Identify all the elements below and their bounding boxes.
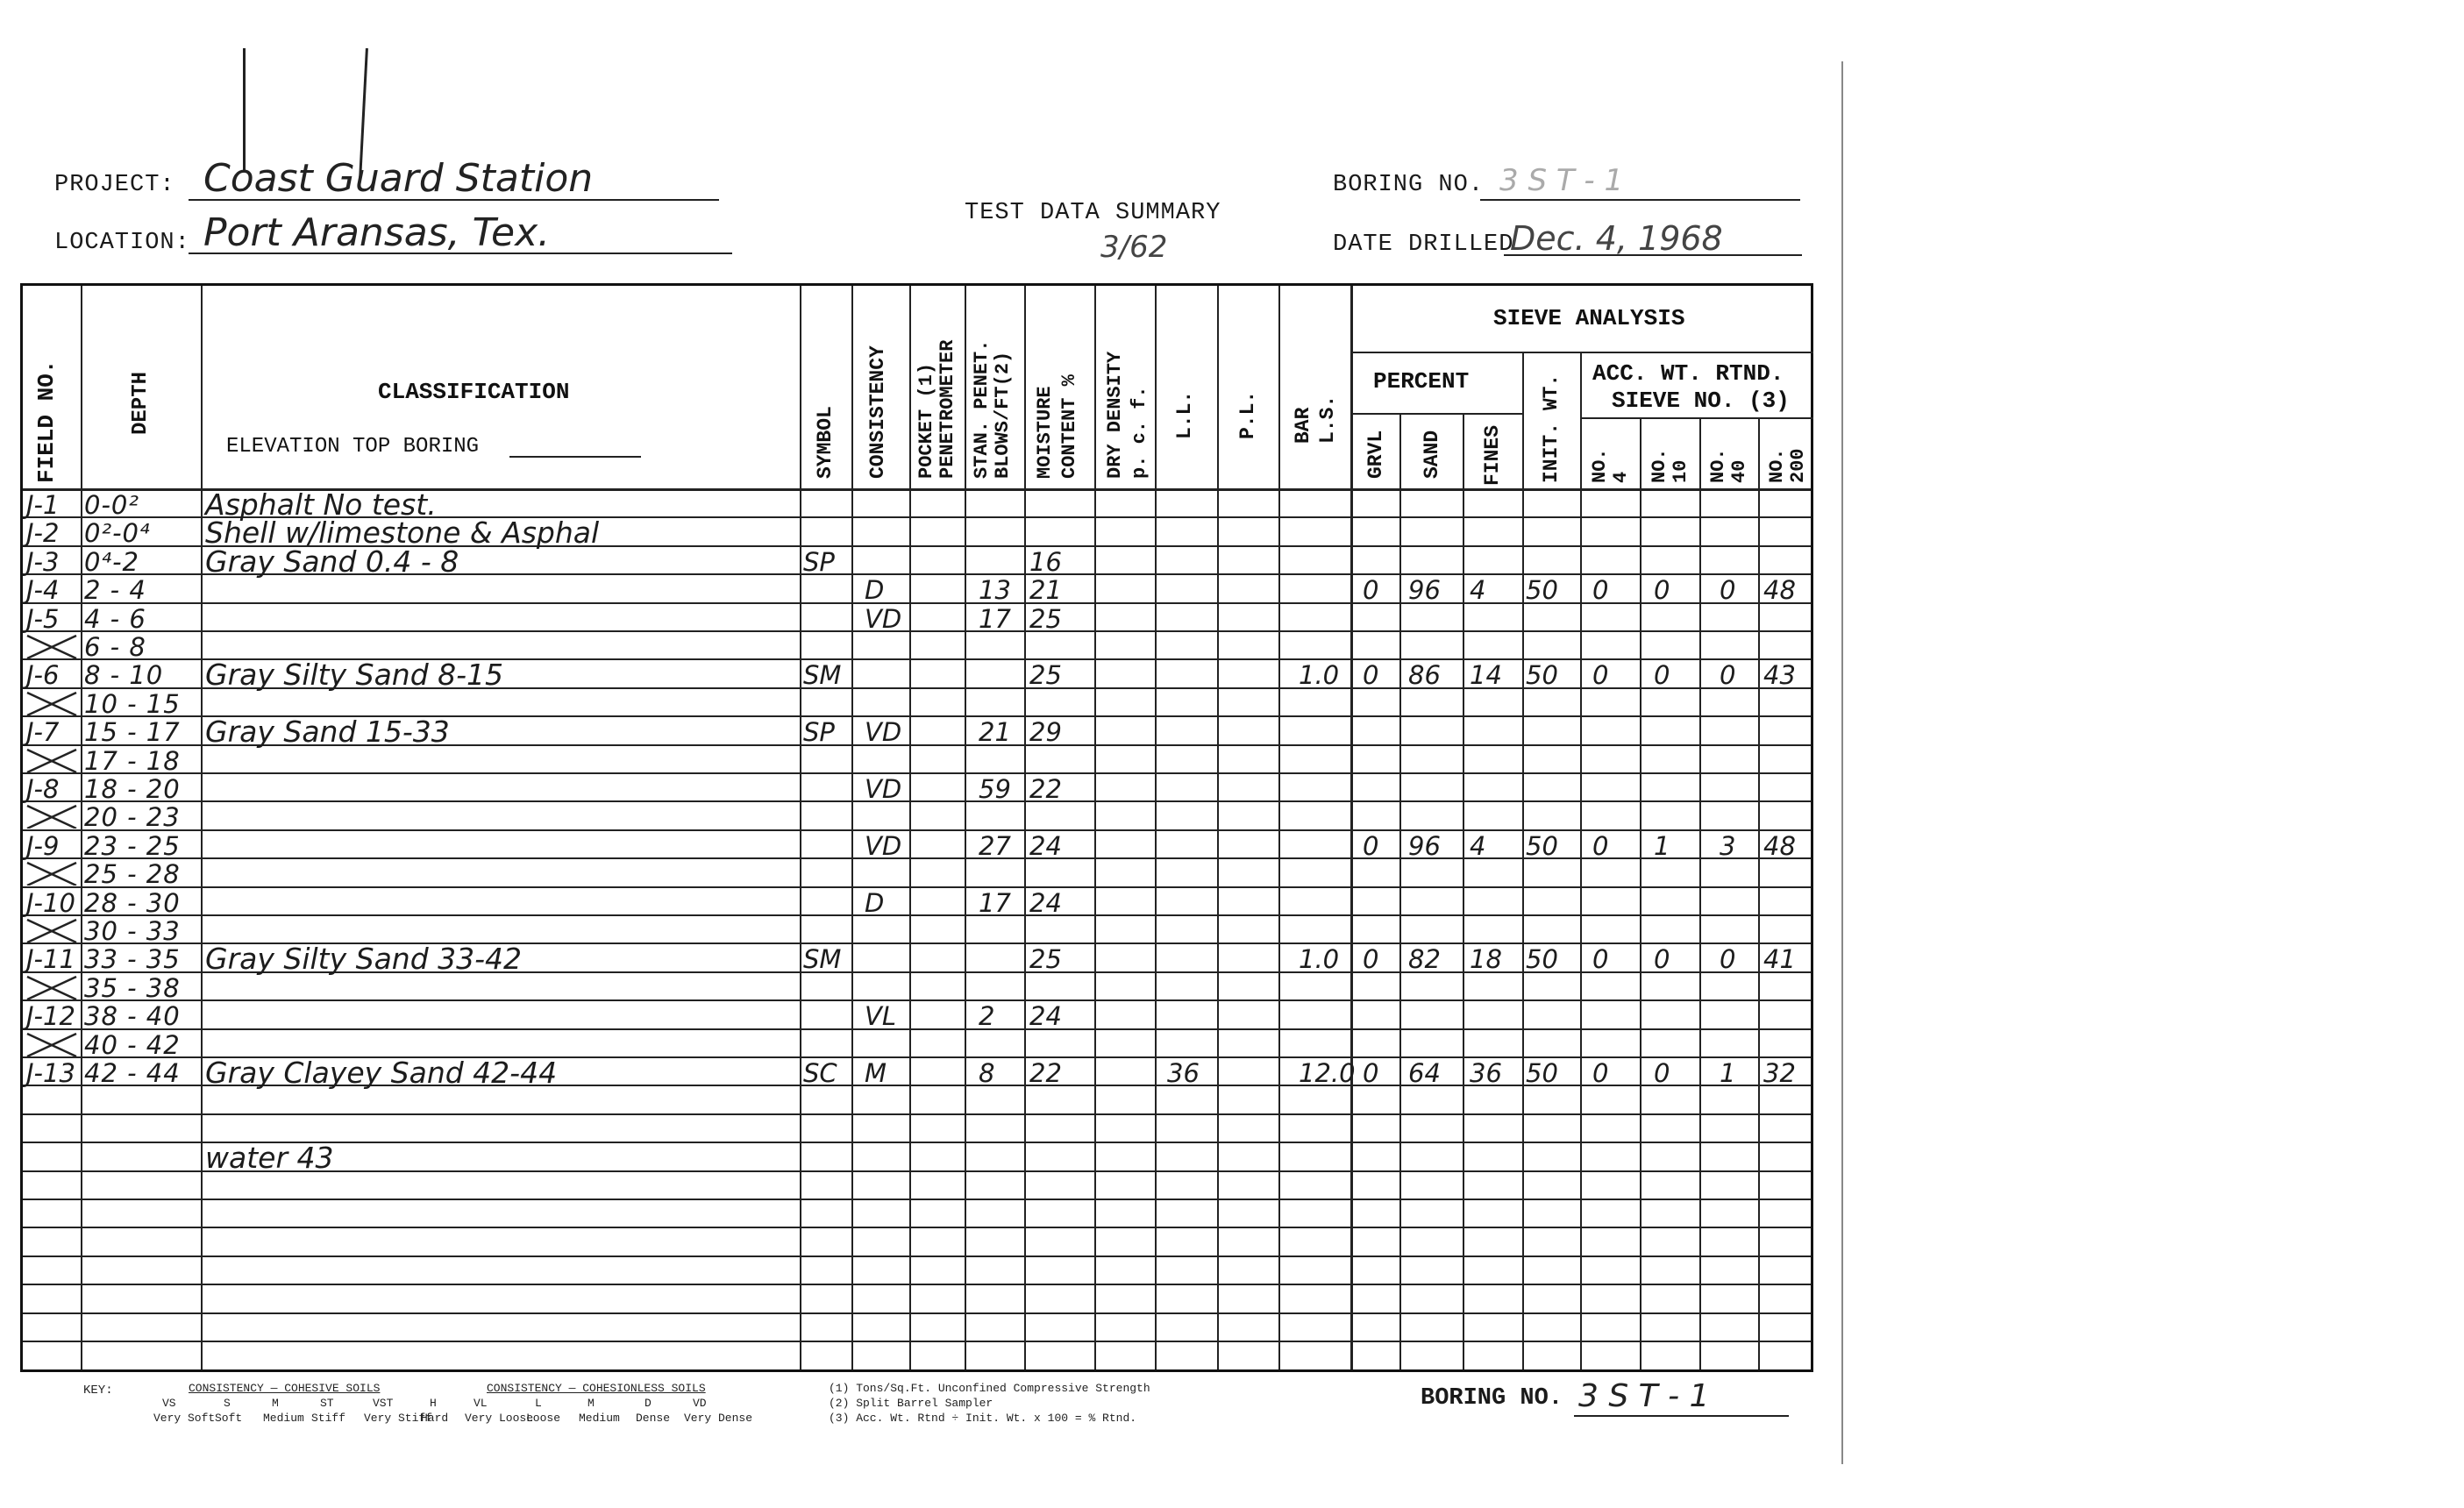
footer-boring-no-label: BORING NO. [1421,1385,1563,1412]
key-name: Soft [215,1412,242,1425]
cell-field: J-8 [26,774,59,802]
boring-no-underline [1480,199,1800,201]
cell-init: 50 [1526,944,1558,972]
key-name: Medium [579,1412,620,1425]
header-field-no: FIELD NO. [35,303,58,483]
cell-class: Gray Silty Sand 8-15 [205,660,503,688]
header-no10: NO. 10 [1649,430,1691,483]
cell-moist: 22 [1029,774,1062,802]
cell-sand: 96 [1408,575,1441,603]
table-row: 10 - 15 [23,689,1811,717]
project-value: Coast Guard Station [203,156,593,201]
test-data-table: FIELD NO. DEPTH CLASSIFICATION ELEVATION… [20,283,1813,1372]
table-row: J-1342 - 44Gray Clayey Sand 42-44SCM8223… [23,1058,1811,1086]
cell-stan: 2 [979,1001,994,1029]
table-row: 6 - 8 [23,632,1811,660]
location-underline [189,253,732,254]
cell-depth: 25 - 28 [84,859,181,887]
cell-init: 50 [1526,575,1558,603]
cell-depth: 40 - 42 [84,1030,181,1058]
cell-no4: 0 [1592,575,1608,603]
cell-field: J-4 [26,575,59,603]
footnote-1: (1) Tons/Sq.Ft. Unconfined Compressive S… [829,1382,1150,1395]
cell-field: J-13 [26,1058,75,1086]
cell-bar: 1.0 [1299,660,1339,688]
key-name: Very Dense [684,1412,752,1425]
cell-field: J-2 [26,518,59,546]
table-row: 35 - 38 [23,973,1811,1001]
cell-grvl: 0 [1363,660,1378,688]
footnote-2: (2) Split Barrel Sampler [829,1397,993,1410]
table-row: 17 - 18 [23,746,1811,774]
cell-class: Gray Sand 15-33 [205,717,450,745]
key-legend: VSVery SoftSSoftMMediumSTStiffVSTVery St… [132,1397,815,1432]
cell-class: Gray Silty Sand 33-42 [205,944,522,972]
footer-boring-underline [1574,1415,1789,1417]
cell-stan: 27 [979,831,1011,859]
cell-depth: 42 - 44 [84,1058,181,1086]
cell-moist: 21 [1029,575,1062,603]
cell-moist: 16 [1029,547,1062,575]
table-row: J-1238 - 40VL224 [23,1001,1811,1029]
form-title: TEST DATA SUMMARY [965,200,1221,226]
title-note: 3/62 [1100,230,1167,265]
table-row [23,1086,1811,1114]
header-stan-penet: STAN. PENET. BLOWS/FT(2) [972,293,1014,479]
table-row: J-30⁴-2Gray Sand 0.4 - 8SP16 [23,547,1811,575]
table-row [23,1200,1811,1228]
cell-moist: 24 [1029,1001,1062,1029]
header-no40: NO. 40 [1708,430,1750,483]
acc-header-rule [1580,417,1813,419]
key-name: Loose [526,1412,560,1425]
table-row: 20 - 23 [23,802,1811,830]
table-row: 30 - 33 [23,916,1811,944]
cell-depth: 6 - 8 [84,632,146,660]
cell-field: J-7 [26,717,59,745]
cell-no10: 0 [1654,1058,1670,1086]
cell-stan: 8 [979,1058,994,1086]
table-row: J-54 - 6VD1725 [23,604,1811,632]
key-code: VST [373,1397,393,1410]
header-bar-ls: BAR L.S. [1291,352,1340,444]
location-value: Port Aransas, Tex. [203,210,550,255]
cell-stan: 17 [979,604,1011,632]
key-code: D [644,1397,652,1410]
cell-depth: 4 - 6 [84,604,146,632]
cell-cons: VD [865,774,901,802]
key-code: H [430,1397,437,1410]
skipped-sample-x-icon [25,861,78,886]
table-row: J-923 - 25VD272409645001348 [23,831,1811,859]
key-name: Stiff [311,1412,345,1425]
skipped-sample-x-icon [25,634,78,658]
cell-cons: VD [865,831,901,859]
skipped-sample-x-icon [25,975,78,999]
header-acc-wt-rtnd: ACC. WT. RTND. [1592,360,1784,387]
key-name: Hard [421,1412,448,1425]
cell-stan: 59 [979,774,1011,802]
table-row [23,1257,1811,1285]
date-drilled-value: Dec. 4, 1968 [1510,219,1723,258]
cell-depth: 0⁴-2 [84,547,139,575]
cell-no4: 0 [1592,1058,1608,1086]
table-row: water 43 [23,1143,1811,1171]
cell-no10: 0 [1654,575,1670,603]
header-grvl: GRVL [1364,426,1387,479]
cell-bar: 1.0 [1299,944,1339,972]
table-row: J-715 - 17Gray Sand 15-33SPVD2129 [23,717,1811,745]
cell-no200: 48 [1763,831,1796,859]
header-percent: PERCENT [1373,368,1469,395]
cell-no200: 41 [1763,944,1796,972]
cell-symbol: SM [803,944,841,972]
cell-field: J-6 [26,660,59,688]
cell-no10: 1 [1654,831,1670,859]
skipped-sample-x-icon [25,748,78,772]
header-init-wt: INIT. WT. [1540,360,1563,483]
cell-depth: 0-0² [84,490,139,518]
cell-cons: VD [865,604,901,632]
cell-fines: 4 [1470,831,1485,859]
page-edge [1841,61,1843,1464]
cell-depth: 38 - 40 [84,1001,181,1029]
cell-grvl: 0 [1363,944,1378,972]
cell-fines: 18 [1470,944,1502,972]
staple-mark [243,48,246,171]
key-cohesionless-title: CONSISTENCY — COHESIONLESS SOILS [487,1382,706,1395]
cell-moist: 24 [1029,888,1062,916]
skipped-sample-x-icon [25,804,78,829]
cell-stan: 21 [979,717,1011,745]
project-label: PROJECT: [54,172,175,198]
header-pl: P.L. [1236,352,1259,439]
cell-cons: D [865,575,884,603]
table-row: J-68 - 10Gray Silty Sand 8-15SM251.00861… [23,660,1811,688]
header-fines: FINES [1481,426,1504,486]
cell-grvl: 0 [1363,575,1378,603]
cell-fines: 36 [1470,1058,1502,1086]
header-elevation: ELEVATION TOP BORING [226,435,479,459]
header-depth: DEPTH [130,338,153,435]
cell-moist: 22 [1029,1058,1062,1086]
elevation-underline [509,456,641,458]
header-sieve-no: SIEVE NO. (3) [1612,388,1790,414]
cell-fines: 4 [1470,575,1485,603]
cell-symbol: SC [803,1058,837,1086]
cell-field: J-11 [26,944,75,972]
header-ll: L.L. [1173,352,1196,439]
cell-stan: 17 [979,888,1011,916]
boring-no-label: BORING NO. [1333,172,1484,198]
cell-init: 50 [1526,831,1558,859]
cell-class: Asphalt No test. [205,490,437,518]
cell-class: Shell w/limestone & Asphal [205,518,599,546]
table-row: 25 - 28 [23,859,1811,887]
cell-moist: 29 [1029,717,1062,745]
key-code: VD [693,1397,707,1410]
cell-cons: D [865,888,884,916]
cell-depth: 10 - 15 [84,689,181,717]
cell-depth: 0²-0⁴ [84,518,151,546]
cell-moist: 25 [1029,604,1062,632]
cell-sand: 64 [1408,1058,1441,1086]
table-row: J-1028 - 30D1724 [23,888,1811,916]
cell-no4: 0 [1592,944,1608,972]
cell-depth: 8 - 10 [84,660,163,688]
cell-symbol: SP [803,717,835,745]
header-classification: CLASSIFICATION [378,379,569,405]
key-name: Medium [263,1412,304,1425]
cell-class: Gray Sand 0.4 - 8 [205,547,459,575]
header-symbol: SYMBOL [814,356,837,479]
table-body: J-10-0²Asphalt No test.J-20²-0⁴Shell w/l… [23,490,1811,1369]
table-row: J-818 - 20VD5922 [23,774,1811,802]
cell-class: Gray Clayey Sand 42-44 [205,1058,557,1086]
cell-moist: 25 [1029,944,1062,972]
cell-depth: 20 - 23 [84,802,181,830]
header-pocket-penetrometer: POCKET (1) PENETROMETER [916,293,958,479]
cell-no200: 48 [1763,575,1796,603]
table-row [23,1115,1811,1143]
table-row: 40 - 42 [23,1030,1811,1058]
cell-sand: 82 [1408,944,1441,972]
cell-cons: VD [865,717,901,745]
table-row: J-42 - 4D132109645000048 [23,575,1811,603]
cell-fines: 14 [1470,660,1502,688]
cell-field: J-9 [26,831,59,859]
cell-no40: 0 [1720,944,1735,972]
table-row [23,1285,1811,1313]
cell-no40: 1 [1720,1058,1735,1086]
cell-no10: 0 [1654,944,1670,972]
key-code: VL [474,1397,488,1410]
cell-bar: 12.0 [1299,1058,1356,1086]
key-code: VS [162,1397,176,1410]
cell-moist: 25 [1029,660,1062,688]
cell-no200: 32 [1763,1058,1796,1086]
header-moisture: MOISTURE CONTENT % [1033,308,1082,479]
key-code: L [535,1397,542,1410]
table-row [23,1228,1811,1256]
key-code: ST [320,1397,334,1410]
key-name: Very Loose [465,1412,533,1425]
cell-moist: 24 [1029,831,1062,859]
cell-init: 50 [1526,660,1558,688]
cell-class: water 43 [205,1143,334,1171]
cell-depth: 17 - 18 [84,746,181,774]
header-sand: SAND [1421,426,1443,479]
cell-depth: 30 - 33 [84,916,181,944]
date-drilled-underline [1504,254,1802,256]
key-name: Very Soft [153,1412,215,1425]
table-row: J-1133 - 35Gray Silty Sand 33-42SM251.00… [23,944,1811,972]
cell-field: J-12 [26,1001,75,1029]
cell-sand: 86 [1408,660,1441,688]
project-underline [189,199,719,201]
cell-grvl: 0 [1363,1058,1378,1086]
cell-sand: 96 [1408,831,1441,859]
key-name: Dense [636,1412,670,1425]
key-code: M [272,1397,279,1410]
cell-cons: VL [865,1001,896,1029]
cell-depth: 2 - 4 [84,575,146,603]
cell-field: J-1 [26,490,59,518]
cell-depth: 28 - 30 [84,888,181,916]
cell-depth: 23 - 25 [84,831,181,859]
key-code: M [588,1397,595,1410]
header-no200: NO. 200 [1767,430,1809,483]
percent-header-rule [1350,413,1522,415]
cell-field: J-3 [26,547,59,575]
cell-grvl: 0 [1363,831,1378,859]
table-row [23,1314,1811,1342]
cell-no10: 0 [1654,660,1670,688]
boring-no-value: 3 S T - 1 [1499,163,1623,198]
cell-depth: 35 - 38 [84,973,181,1001]
cell-init: 50 [1526,1058,1558,1086]
cell-symbol: SM [803,660,841,688]
header-no4: NO. 4 [1590,430,1632,483]
cell-no4: 0 [1592,831,1608,859]
location-label: LOCATION: [54,230,190,256]
skipped-sample-x-icon [25,1032,78,1056]
date-drilled-label: DATE DRILLED [1333,231,1513,258]
cell-no40: 0 [1720,660,1735,688]
footnote-3: (3) Acc. Wt. Rtnd ÷ Init. Wt. x 100 = % … [829,1412,1136,1425]
header-dry-density: DRY DENSITY p. c. f. [1103,303,1152,479]
cell-no40: 0 [1720,575,1735,603]
cell-field: J-10 [26,888,75,916]
header-consistency: CONSISTENCY [866,303,889,479]
table-row: J-20²-0⁴Shell w/limestone & Asphal [23,518,1811,546]
table-row [23,1172,1811,1200]
cell-stan: 13 [979,575,1011,603]
cell-field: J-5 [26,604,59,632]
header-sieve-analysis: SIEVE ANALYSIS [1493,305,1684,331]
cell-depth: 15 - 17 [84,717,181,745]
skipped-sample-x-icon [25,918,78,942]
row-rule [23,1341,1811,1342]
cell-symbol: SP [803,547,835,575]
skipped-sample-x-icon [25,691,78,715]
sieve-header-rule [1350,352,1813,353]
cell-depth: 33 - 35 [84,944,181,972]
cell-ll: 36 [1167,1058,1200,1086]
cell-depth: 18 - 20 [84,774,181,802]
key-label: KEY: [83,1384,113,1398]
table-row: J-10-0²Asphalt No test. [23,490,1811,518]
cell-no4: 0 [1592,660,1608,688]
footer-boring-no-value: 3 S T - 1 [1578,1378,1709,1414]
key-code: S [224,1397,231,1410]
key-cohesive-title: CONSISTENCY — COHESIVE SOILS [189,1382,380,1395]
cell-cons: M [865,1058,887,1086]
cell-no40: 3 [1720,831,1735,859]
cell-no200: 43 [1763,660,1796,688]
